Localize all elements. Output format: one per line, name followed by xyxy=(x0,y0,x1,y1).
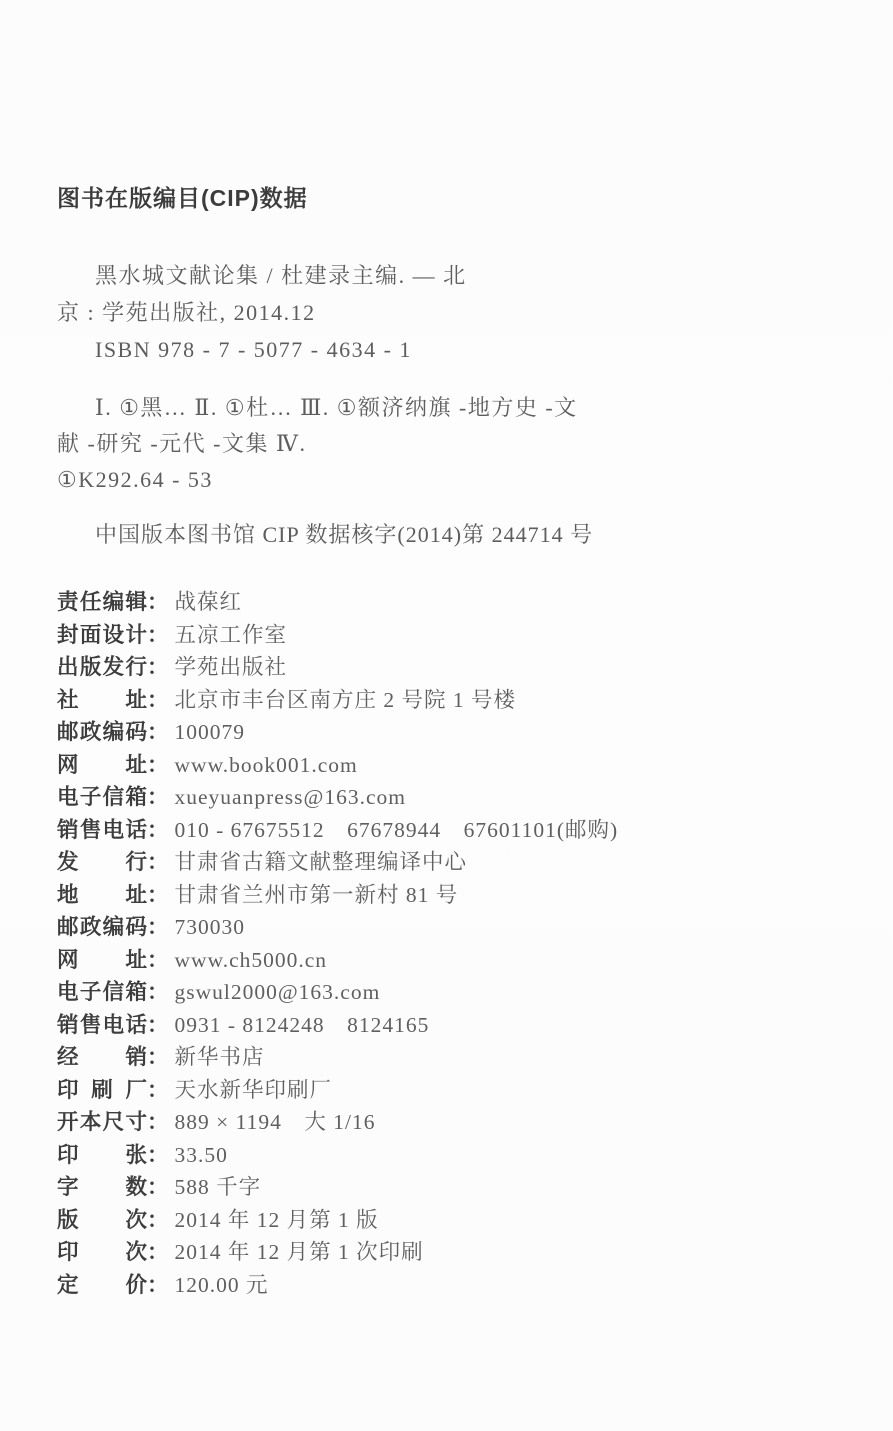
colophon-row: 销售电话：010 - 67675512 67678944 67601101(邮购… xyxy=(57,813,833,846)
colophon-label: 版次 xyxy=(57,1203,147,1234)
colophon-colon: ： xyxy=(147,1040,169,1071)
colophon-row: 销售电话：0931 - 8124248 8124165 xyxy=(57,1008,833,1041)
colophon-row: 开本尺寸：889 × 1194 大 1/16 xyxy=(57,1105,833,1138)
colophon-row: 发行：甘肃省古籍文献整理编译中心 xyxy=(57,845,833,878)
colophon-row: 地址：甘肃省兰州市第一新村 81 号 xyxy=(57,878,833,911)
colophon-colon: ： xyxy=(147,1008,169,1039)
colophon-label: 定价 xyxy=(57,1268,147,1299)
colophon-row: 印次：2014 年 12 月第 1 次印刷 xyxy=(57,1235,833,1268)
colophon-row: 责任编辑：战葆红 xyxy=(57,585,833,618)
colophon-value: 730030 xyxy=(175,915,246,940)
colophon-value: 甘肃省兰州市第一新村 81 号 xyxy=(175,878,459,909)
colophon-row: 网址：www.book001.com xyxy=(57,748,833,781)
colophon-row: 印刷厂：天水新华印刷厂 xyxy=(57,1073,833,1106)
colophon-label: 社址 xyxy=(57,683,147,714)
colophon-value: 889 × 1194 大 1/16 xyxy=(175,1105,376,1136)
colophon-label: 责任编辑 xyxy=(57,585,147,616)
colophon-colon: ： xyxy=(147,650,169,681)
classification-line-1: Ⅰ. ①黑… Ⅱ. ①杜… Ⅲ. ①额济纳旗 -地方史 -文 xyxy=(57,390,833,426)
colophon-row: 定价：120.00 元 xyxy=(57,1268,833,1301)
colophon-value: 新华书店 xyxy=(175,1040,265,1071)
colophon-value: 学苑出版社 xyxy=(175,650,288,681)
colophon-value: 北京市丰台区南方庄 2 号院 1 号楼 xyxy=(175,683,517,714)
classification-block: Ⅰ. ①黑… Ⅱ. ①杜… Ⅲ. ①额济纳旗 -地方史 -文 献 -研究 -元代… xyxy=(57,390,833,498)
colophon-label: 印次 xyxy=(57,1235,147,1266)
colophon-value: 2014 年 12 月第 1 次印刷 xyxy=(175,1235,424,1266)
colophon-label: 发行 xyxy=(57,845,147,876)
colophon-value: gswul2000@163.com xyxy=(175,980,381,1005)
colophon-label: 印张 xyxy=(57,1138,147,1169)
colophon-value: www.book001.com xyxy=(175,753,358,778)
colophon-row: 电子信箱：xueyuanpress@163.com xyxy=(57,780,833,813)
colophon-value: www.ch5000.cn xyxy=(175,948,328,973)
colophon-colon: ： xyxy=(147,1105,169,1136)
colophon-value: 010 - 67675512 67678944 67601101(邮购) xyxy=(175,813,619,844)
colophon-colon: ： xyxy=(147,715,169,746)
colophon-row: 邮政编码：100079 xyxy=(57,715,833,748)
colophon-colon: ： xyxy=(147,943,169,974)
colophon-label: 地址 xyxy=(57,878,147,909)
colophon-value: 0931 - 8124248 8124165 xyxy=(175,1008,430,1039)
colophon-label: 出版发行 xyxy=(57,650,147,681)
colophon-colon: ： xyxy=(147,1138,169,1169)
colophon-colon: ： xyxy=(147,845,169,876)
colophon-colon: ： xyxy=(147,878,169,909)
book-info-block: 黑水城文献论集 / 杜建录主编. — 北 京 : 学苑出版社, 2014.12 … xyxy=(57,257,833,368)
colophon-row: 邮政编码：730030 xyxy=(57,910,833,943)
colophon-row: 出版发行：学苑出版社 xyxy=(57,650,833,683)
colophon-label: 字数 xyxy=(57,1170,147,1201)
colophon-row: 版次：2014 年 12 月第 1 版 xyxy=(57,1203,833,1236)
colophon-label: 经销 xyxy=(57,1040,147,1071)
classification-line-3: ①K292.64 - 53 xyxy=(57,462,833,498)
publisher-line: 京 : 学苑出版社, 2014.12 xyxy=(57,294,833,331)
cip-record-number: 中国版本图书馆 CIP 数据核字(2014)第 244714 号 xyxy=(57,518,833,549)
colophon-row: 封面设计：五凉工作室 xyxy=(57,618,833,651)
colophon-colon: ： xyxy=(147,975,169,1006)
cip-data-title: 图书在版编目(CIP)数据 xyxy=(57,180,833,213)
colophon-value: 战葆红 xyxy=(175,585,243,616)
colophon-colon: ： xyxy=(147,1203,169,1234)
colophon-colon: ： xyxy=(147,683,169,714)
colophon-label: 邮政编码 xyxy=(57,715,147,746)
colophon-row: 社址：北京市丰台区南方庄 2 号院 1 号楼 xyxy=(57,683,833,716)
colophon-value: xueyuanpress@163.com xyxy=(175,785,406,810)
colophon-label: 邮政编码 xyxy=(57,910,147,941)
colophon-label: 销售电话 xyxy=(57,813,147,844)
colophon-colon: ： xyxy=(147,1235,169,1266)
colophon-colon: ： xyxy=(147,585,169,616)
colophon-label: 开本尺寸 xyxy=(57,1105,147,1136)
colophon-row: 网址：www.ch5000.cn xyxy=(57,943,833,976)
colophon-label: 印刷厂 xyxy=(57,1073,147,1104)
isbn-line: ISBN 978 - 7 - 5077 - 4634 - 1 xyxy=(57,331,833,368)
colophon-list: 责任编辑：战葆红封面设计：五凉工作室出版发行：学苑出版社社址：北京市丰台区南方庄… xyxy=(57,585,833,1300)
colophon-value: 33.50 xyxy=(175,1143,228,1168)
colophon-value: 甘肃省古籍文献整理编译中心 xyxy=(175,845,468,876)
colophon-value: 120.00 元 xyxy=(175,1268,269,1299)
colophon-colon: ： xyxy=(147,1170,169,1201)
colophon-row: 字数：588 千字 xyxy=(57,1170,833,1203)
colophon-row: 经销：新华书店 xyxy=(57,1040,833,1073)
colophon-label: 网址 xyxy=(57,748,147,779)
colophon-colon: ： xyxy=(147,748,169,779)
colophon-value: 五凉工作室 xyxy=(175,618,288,649)
colophon-row: 电子信箱：gswul2000@163.com xyxy=(57,975,833,1008)
colophon-colon: ： xyxy=(147,780,169,811)
colophon-colon: ： xyxy=(147,813,169,844)
colophon-colon: ： xyxy=(147,1268,169,1299)
copyright-page: 图书在版编目(CIP)数据 黑水城文献论集 / 杜建录主编. — 北 京 : 学… xyxy=(0,0,893,1431)
colophon-label: 电子信箱 xyxy=(57,975,147,1006)
colophon-value: 天水新华印刷厂 xyxy=(175,1073,333,1104)
colophon-value: 2014 年 12 月第 1 版 xyxy=(175,1203,379,1234)
colophon-row: 印张：33.50 xyxy=(57,1138,833,1171)
colophon-label: 电子信箱 xyxy=(57,780,147,811)
colophon-label: 网址 xyxy=(57,943,147,974)
colophon-colon: ： xyxy=(147,1073,169,1104)
colophon-label: 销售电话 xyxy=(57,1008,147,1039)
colophon-colon: ： xyxy=(147,618,169,649)
colophon-value: 588 千字 xyxy=(175,1170,262,1201)
colophon-label: 封面设计 xyxy=(57,618,147,649)
book-title-line: 黑水城文献论集 / 杜建录主编. — 北 xyxy=(57,257,833,294)
colophon-value: 100079 xyxy=(175,720,246,745)
colophon-colon: ： xyxy=(147,910,169,941)
classification-line-2: 献 -研究 -元代 -文集 Ⅳ. xyxy=(57,426,833,462)
